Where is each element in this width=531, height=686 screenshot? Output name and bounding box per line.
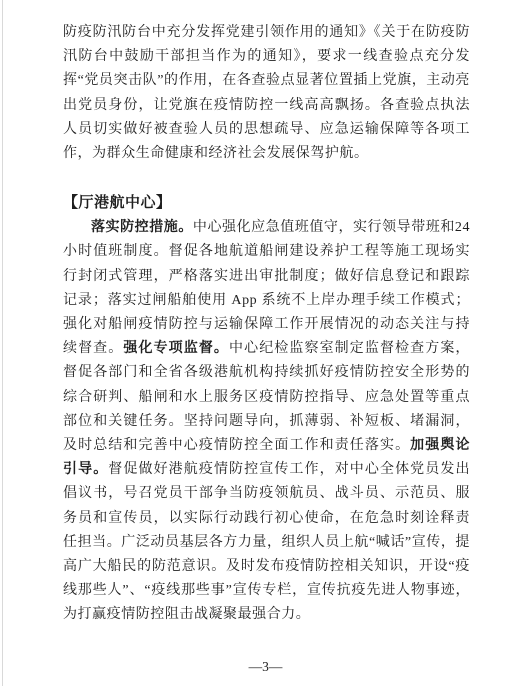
section-heading: 【厅港航中心】: [63, 190, 470, 216]
text-run: 中心纪检监察室制定监督检查方案，督促各部门和全省各级港航机构持续抓好疫情防控安全…: [63, 341, 470, 453]
page-number: —3—: [0, 659, 531, 675]
emphasis-run: 落实防控措施。: [91, 220, 193, 235]
text-run: 督促做好港航疫情防控宣传工作，对中心全体党员发出倡议书，号召党员干部争当防疫领航…: [63, 462, 470, 622]
main-paragraph: 落实防控措施。中心强化应急值班值守，实行领导带班和24小时值班制度。督促各地航道…: [63, 216, 470, 627]
text-run: 防疫防汛防台中充分发挥党建引领作用的通知》《关于在防疫防汛防台中鼓励干部担当作为…: [63, 25, 470, 161]
document-content: 防疫防汛防台中充分发挥党建引领作用的通知》《关于在防疫防汛防台中鼓励干部担当作为…: [63, 21, 470, 628]
continuation-paragraph: 防疫防汛防台中充分发挥党建引领作用的通知》《关于在防疫防汛防台中鼓励干部担当作为…: [63, 21, 470, 166]
document-page: 防疫防汛防台中充分发挥党建引领作用的通知》《关于在防疫防汛防台中鼓励干部担当作为…: [0, 0, 531, 686]
text-run: 中心强化应急值班值守，实行领导带班和24小时值班制度。督促各地航道船闸建设养护工…: [63, 220, 470, 356]
scan-edge-line: [2, 0, 3, 686]
emphasis-run: 强化专项监督。: [123, 341, 229, 356]
